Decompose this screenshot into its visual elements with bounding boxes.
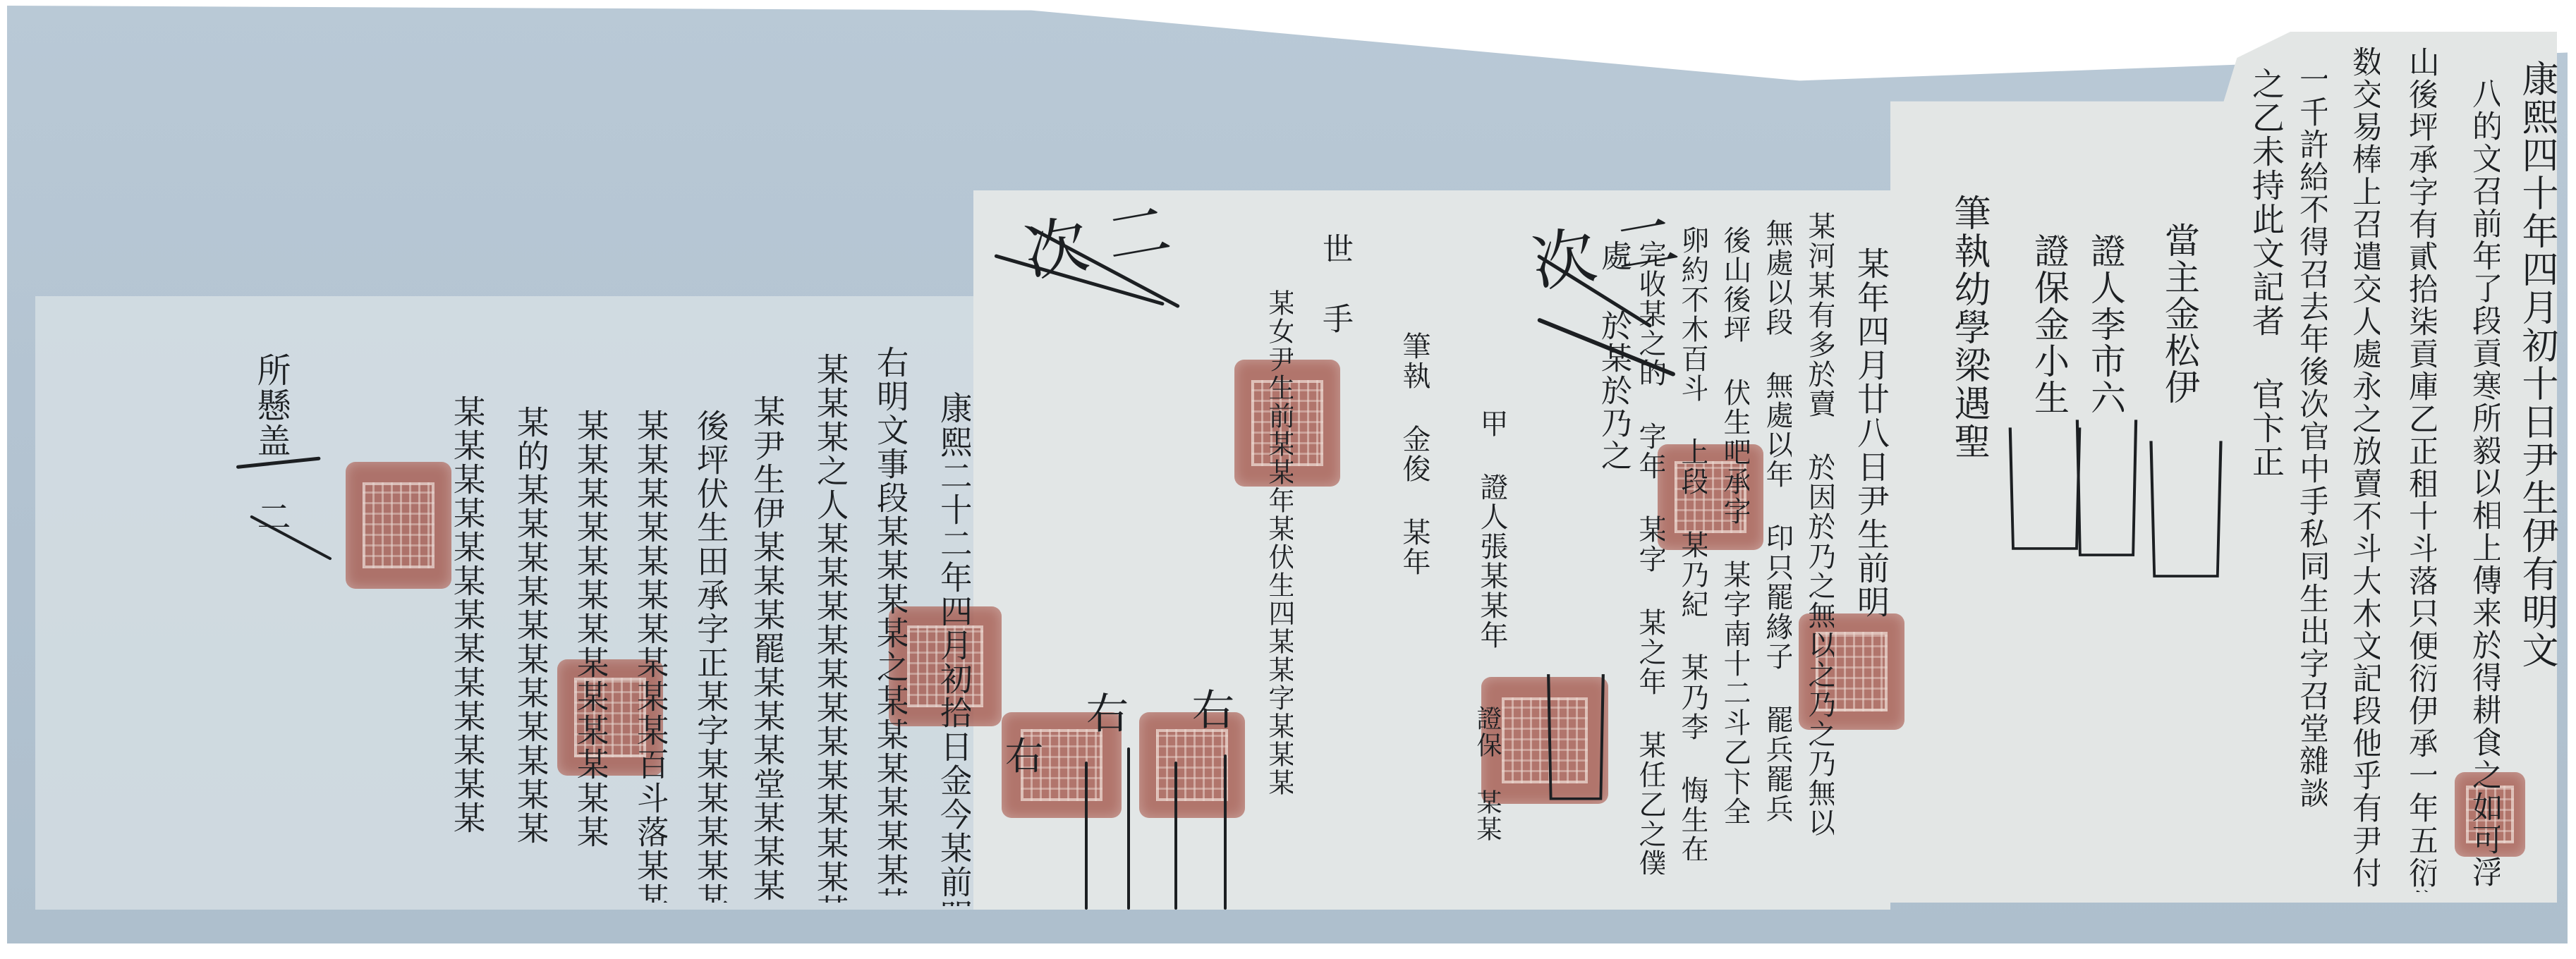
text-column: 一千許給不得召去年後次官中手私同生出字召堂雜談 bbox=[2296, 63, 2327, 874]
text-column: 無處以段 無處以年 印只罷緣子 罷兵罷兵 bbox=[1763, 219, 1792, 853]
signatory-name: 金松伊 bbox=[2159, 295, 2200, 405]
text-column: 後山後坪 伏生吧承字 某字南十二斗乙卞全 bbox=[1721, 226, 1749, 860]
text-column: 山後坪承字有貳拾柒貢庫乙正租十斗落只便衍伊承一年五衍依 bbox=[2405, 46, 2436, 892]
text-column: 八的文召前年了段貢寒所毅以相上傳来於得耕食之如可浮 bbox=[2469, 78, 2500, 910]
text-column: 後坪伏生田承字正某字某某某某某某某某 bbox=[695, 409, 727, 903]
text-column: 證保 某某 bbox=[1474, 705, 1500, 843]
signature-mark bbox=[1547, 674, 1605, 800]
scribe-line: 筆執幼學梁遇聖 bbox=[1950, 194, 1987, 460]
text-column: 康熙二十二年四月初拾日金今某前明文 bbox=[938, 391, 971, 906]
text-column: 某某某之人某某某某某某某某某某某某某 bbox=[815, 353, 847, 903]
signatory-guarantor: 證保金小生 bbox=[2031, 233, 2067, 416]
text-column: 某某某某某某某某某某百斗落某某 bbox=[635, 409, 667, 903]
text-column: 数交易棒上召遣交人處永之放賣不斗大木文記段他乎有尹付 bbox=[2349, 46, 2380, 892]
vertical-stroke bbox=[1127, 747, 1130, 910]
signatory-witness: 證人李市六 bbox=[2088, 233, 2123, 416]
text-column: 完收某之的 字年 某字 某之年 某任乙之僕 bbox=[1636, 240, 1665, 874]
signatory-role: 證人 bbox=[2085, 233, 2126, 306]
text-column: 筆執 金俊 某年 bbox=[1400, 331, 1428, 577]
text-column: 右明文事段某某某某之某某某某某某某某 bbox=[875, 346, 907, 896]
document-sheet-right bbox=[1890, 32, 2557, 903]
text-column: 卵約不木百斗 上段 某乃紀 某乃李 悔生在收到 bbox=[1679, 226, 1707, 860]
signature-mark-you: 右 bbox=[1086, 680, 1129, 741]
endorsement-text: 所懸盖 二 bbox=[254, 353, 288, 535]
text-column: 某的某某某某某某某某某某某 bbox=[515, 405, 547, 899]
text-column: 之乙未持此文記者 官卞正 bbox=[2250, 67, 2283, 561]
signatory-name: 李市六 bbox=[2085, 306, 2126, 416]
signature-mark-guarantor bbox=[2009, 427, 2082, 549]
text-column: 某年四月廿八日尹生前明 bbox=[1855, 247, 1888, 670]
signature-mark-owner bbox=[2149, 441, 2222, 577]
signature-mark-you: 右 bbox=[1192, 677, 1234, 738]
signature-mark-witness bbox=[2076, 420, 2137, 556]
text-column: 某女尹生前某某年某伏生四某某字某某某 bbox=[1266, 289, 1293, 910]
text-column: 某河某有多於賣 於因於乃之無以之乃之乃無以 bbox=[1806, 212, 1834, 846]
vertical-stroke bbox=[1085, 762, 1088, 910]
text-column: 某某某某某某某某某某某某某 bbox=[451, 395, 484, 917]
signature-mark-you: 右 bbox=[1005, 726, 1043, 781]
text-column: 世 手 bbox=[1319, 233, 1350, 335]
signatory-role: 證保 bbox=[2029, 233, 2070, 306]
red-seal-1 bbox=[346, 462, 451, 589]
text-column: 某尹生伊某某某罷某某某堂某某某某某某 bbox=[751, 395, 784, 903]
text-column: 甲 證人張某某年 bbox=[1478, 409, 1506, 650]
vertical-stroke bbox=[1224, 755, 1227, 910]
text-column: 某某某某某某某某某某某某某 bbox=[575, 409, 607, 903]
signatory-name: 金小生 bbox=[2029, 306, 2070, 416]
signatory-role: 當主 bbox=[2159, 222, 2200, 295]
text-column: 康熙四十年四月初十日尹生伊有明文 bbox=[2518, 60, 2555, 695]
vertical-stroke bbox=[1174, 762, 1177, 910]
signatory-owner: 當主金松伊 bbox=[2162, 222, 2197, 405]
